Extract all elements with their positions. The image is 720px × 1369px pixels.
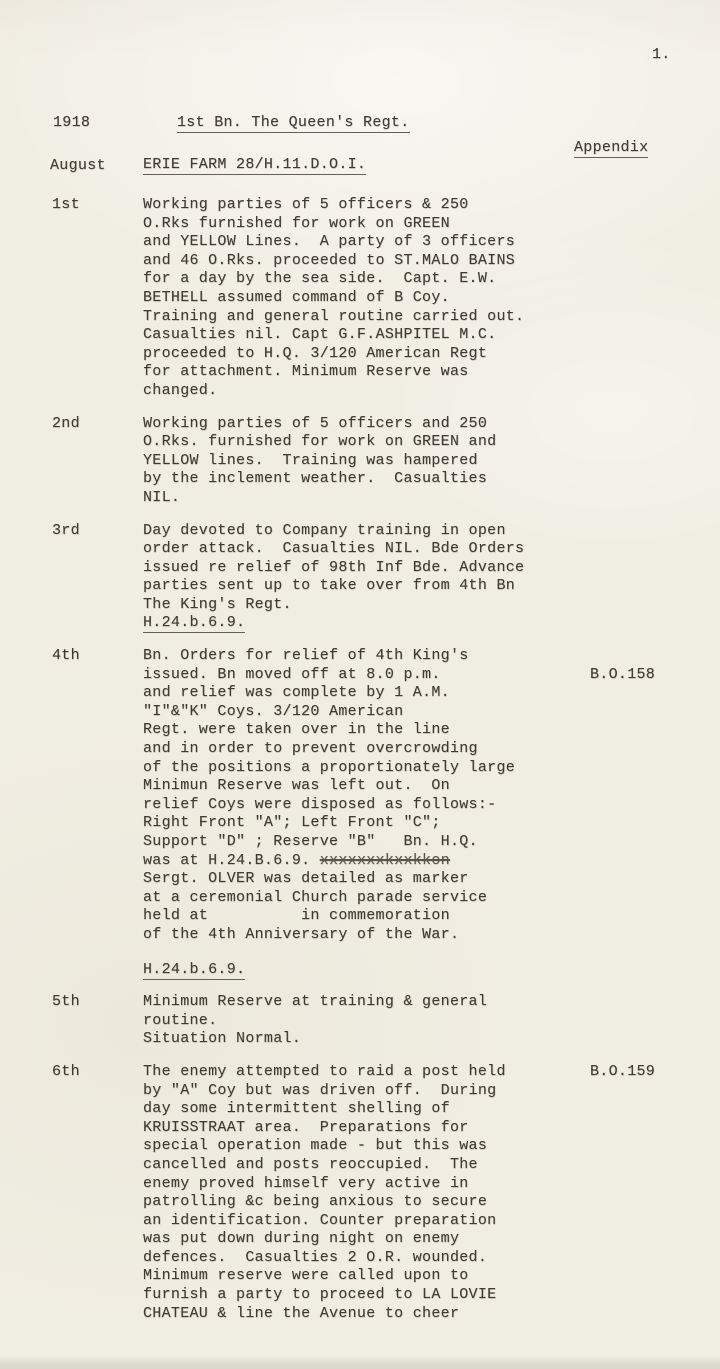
entry-text: for attachment. Minimum Reserve was [143,363,469,380]
entry-line: issued re relief of 98th Inf Bde. Advanc… [143,559,712,578]
entry-line: and relief was complete by 1 A.M. [143,684,712,703]
map-reference-underlined: H.24.b.6.9. [143,614,245,633]
entry-line: patrolling &c being anxious to secure [143,1193,712,1212]
entry-body: Working parties of 5 officers & 250O.Rks… [143,196,712,401]
entry-line: NIL. [143,489,712,508]
margin-reference: B.O.159 [590,1063,655,1082]
entry-line: held at in commemoration [143,907,712,926]
entry-line: was at H.24.B.6.9. xxxxxxxkxxkkon [143,852,712,871]
entry-text: of the positions a proportionately large [143,759,515,776]
entry-text: Working parties of 5 officers & 250 [143,196,469,213]
entry-text: The King's Regt. [143,596,292,613]
entry-body: Working parties of 5 officers and 250O.R… [143,415,712,508]
entry-line: parties sent up to take over from 4th Bn [143,577,712,596]
entry-line: Casualties nil. Capt G.F.ASHPITEL M.C. [143,326,712,345]
entry-line: cancelled and posts reoccupied. The [143,1156,712,1175]
diary-entry: 4thBn. Orders for relief of 4th King'sis… [52,647,712,979]
entry-line: H.24.b.6.9. [143,961,712,980]
entry-text: parties sent up to take over from 4th Bn [143,577,515,594]
struck-out-text: xxxxxxxkxxkkon [320,852,450,869]
entry-line: Minimun Reserve was left out. On [143,777,712,796]
entry-text: an identification. Counter preparation [143,1212,496,1229]
entry-line: enemy proved himself very active in [143,1175,712,1194]
entry-date: 4th [52,647,143,979]
entry-line: day some intermittent shelling of [143,1100,712,1119]
entry-text: and YELLOW Lines. A party of 3 officers [143,233,515,250]
entry-text: Right Front "A"; Left Front "C"; [143,814,441,831]
entry-text: BETHELL assumed command of B Coy. [143,289,450,306]
entry-text: held at in commemoration [143,907,450,924]
entry-text: O.Rks. furnished for work on GREEN and [143,433,496,450]
entry-text: order attack. Casualties NIL. Bde Orders [143,540,524,557]
entry-line: Regt. were taken over in the line [143,721,712,740]
entry-text: by "A" Coy but was driven off. During [143,1082,496,1099]
entry-text: furnish a party to proceed to LA LOVIE [143,1286,496,1303]
entry-text: The enemy attempted to raid a post held [143,1063,506,1080]
entry-line: of the 4th Anniversary of the War. [143,926,712,945]
entry-date: 6th [52,1063,143,1323]
entry-text: Regt. were taken over in the line [143,721,450,738]
entry-line: Day devoted to Company training in open [143,522,712,541]
entry-text: of the 4th Anniversary of the War. [143,926,459,943]
entry-line: proceeded to H.Q. 3/120 American Regt [143,345,712,364]
entry-text: changed. [143,382,217,399]
entry-text: Bn. Orders for relief of 4th King's [143,647,469,664]
map-reference-underlined: H.24.b.6.9. [143,961,245,980]
diary-entry: 2ndWorking parties of 5 officers and 250… [52,415,712,508]
entry-text: enemy proved himself very active in [143,1175,469,1192]
entry-line: O.Rks furnished for work on GREEN [143,215,712,234]
entry-text: Day devoted to Company training in open [143,522,506,539]
entry-body: Minimum Reserve at training & generalrou… [143,993,712,1049]
entry-text: routine. [143,1012,217,1029]
entry-text: Situation Normal. [143,1030,301,1047]
entry-text: issued. Bn moved off at 8.0 p.m. [143,666,441,683]
entry-text: Training and general routine carried out… [143,308,524,325]
margin-reference: B.O.158 [590,666,655,685]
entry-line: changed. [143,382,712,401]
entry-text: special operation made - but this was [143,1137,487,1154]
entry-text: CHATEAU & line the Avenue to cheer [143,1305,459,1322]
entry-text: cancelled and posts reoccupied. The [143,1156,478,1173]
entry-line: furnish a party to proceed to LA LOVIE [143,1286,712,1305]
entry-text: Minimun Reserve was left out. On [143,777,450,794]
entry-line: Support "D" ; Reserve "B" Bn. H.Q. [143,833,712,852]
entry-text: NIL. [143,489,180,506]
entry-line: Minimum reserve were called upon to [143,1267,712,1286]
entry-date: 2nd [52,415,143,508]
entry-line: Working parties of 5 officers & 250 [143,196,712,215]
entry-text: Minimum Reserve at training & general [143,993,487,1010]
header-month: August [50,157,106,174]
entry-text: and 46 O.Rks. proceeded to ST.MALO BAINS [143,252,515,269]
entry-line: Minimum Reserve at training & general [143,993,712,1012]
entry-line: issued. Bn moved off at 8.0 p.m.B.O.158 [143,666,712,685]
diary-entry: 5thMinimum Reserve at training & general… [52,993,712,1049]
entry-text: patrolling &c being anxious to secure [143,1193,487,1210]
header-subtitle: ERIE FARM 28/H.11.D.O.I. [143,156,366,173]
entry-text: Sergt. OLVER was detailed as marker [143,870,469,887]
entry-text: at a ceremonial Church parade service [143,889,487,906]
entry-line: by the inclement weather. Casualties [143,470,712,489]
entry-line: relief Coys were disposed as follows:- [143,796,712,815]
entry-text: Casualties nil. Capt G.F.ASHPITEL M.C. [143,326,496,343]
entry-line: Right Front "A"; Left Front "C"; [143,814,712,833]
entry-line: for attachment. Minimum Reserve was [143,363,712,382]
entry-line: was put down during night on enemy [143,1230,712,1249]
entry-text: O.Rks furnished for work on GREEN [143,215,450,232]
entry-line: H.24.b.6.9. [143,614,712,633]
entry-text: was at H.24.B.6.9. [143,852,320,869]
entry-line: an identification. Counter preparation [143,1212,712,1231]
header-year: 1918 [53,114,90,131]
entry-line: by "A" Coy but was driven off. During [143,1082,712,1101]
entry-line: BETHELL assumed command of B Coy. [143,289,712,308]
entry-body: The enemy attempted to raid a post heldB… [143,1063,712,1323]
entry-line: Training and general routine carried out… [143,308,712,327]
entry-text: Minimum reserve were called upon to [143,1267,469,1284]
entry-line: special operation made - but this was [143,1137,712,1156]
entry-line: and in order to prevent overcrowding [143,740,712,759]
appendix-label: Appendix [574,139,648,156]
entry-line: at a ceremonial Church parade service [143,889,712,908]
entry-line: for a day by the sea side. Capt. E.W. [143,270,712,289]
entry-line: CHATEAU & line the Avenue to cheer [143,1305,712,1324]
entry-line: "I"&"K" Coys. 3/120 American [143,703,712,722]
entry-text: was put down during night on enemy [143,1230,459,1247]
entry-text: issued re relief of 98th Inf Bde. Advanc… [143,559,524,576]
entry-line: The enemy attempted to raid a post heldB… [143,1063,712,1082]
entry-line: Situation Normal. [143,1030,712,1049]
page-title: 1st Bn. The Queen's Regt. [177,114,410,131]
entry-text: proceeded to H.Q. 3/120 American Regt [143,345,487,362]
entry-line: YELLOW lines. Training was hampered [143,452,712,471]
entry-line: defences. Casualties 2 O.R. wounded. [143,1249,712,1268]
diary-entry: 6thThe enemy attempted to raid a post he… [52,1063,712,1323]
entry-text: by the inclement weather. Casualties [143,470,487,487]
entry-body: Bn. Orders for relief of 4th King'sissue… [143,647,712,979]
entry-line: Sergt. OLVER was detailed as marker [143,870,712,889]
entry-line: KRUISSTRAAT area. Preparations for [143,1119,712,1138]
entry-date: 5th [52,993,143,1049]
entry-line: and YELLOW Lines. A party of 3 officers [143,233,712,252]
page-bottom-edge [0,1355,720,1369]
diary-entry: 1stWorking parties of 5 officers & 250O.… [52,196,712,401]
entry-date: 1st [52,196,143,401]
entry-text: and in order to prevent overcrowding [143,740,478,757]
entry-line: order attack. Casualties NIL. Bde Orders [143,540,712,559]
entry-text: and relief was complete by 1 A.M. [143,684,450,701]
entry-line [143,945,712,961]
entry-text: YELLOW lines. Training was hampered [143,452,478,469]
diary-entry: 3rdDay devoted to Company training in op… [52,522,712,634]
entry-line: The King's Regt. [143,596,712,615]
entry-text: relief Coys were disposed as follows:- [143,796,496,813]
entry-text: defences. Casualties 2 O.R. wounded. [143,1249,487,1266]
entry-line: Bn. Orders for relief of 4th King's [143,647,712,666]
entry-line: Working parties of 5 officers and 250 [143,415,712,434]
entry-text: "I"&"K" Coys. 3/120 American [143,703,403,720]
scanned-war-diary-page: 1. 1918 1st Bn. The Queen's Regt. Append… [0,0,720,1369]
entry-text: KRUISSTRAAT area. Preparations for [143,1119,469,1136]
entry-text: for a day by the sea side. Capt. E.W. [143,270,496,287]
entry-text: Working parties of 5 officers and 250 [143,415,487,432]
entry-line: of the positions a proportionately large [143,759,712,778]
entries: 1stWorking parties of 5 officers & 250O.… [52,196,712,1337]
entry-line: O.Rks. furnished for work on GREEN and [143,433,712,452]
page-number: 1. [652,46,671,63]
entry-text: Support "D" ; Reserve "B" Bn. H.Q. [143,833,478,850]
entry-text: day some intermittent shelling of [143,1100,450,1117]
entry-line: and 46 O.Rks. proceeded to ST.MALO BAINS [143,252,712,271]
entry-body: Day devoted to Company training in openo… [143,522,712,634]
entry-line: routine. [143,1012,712,1031]
entry-date: 3rd [52,522,143,634]
